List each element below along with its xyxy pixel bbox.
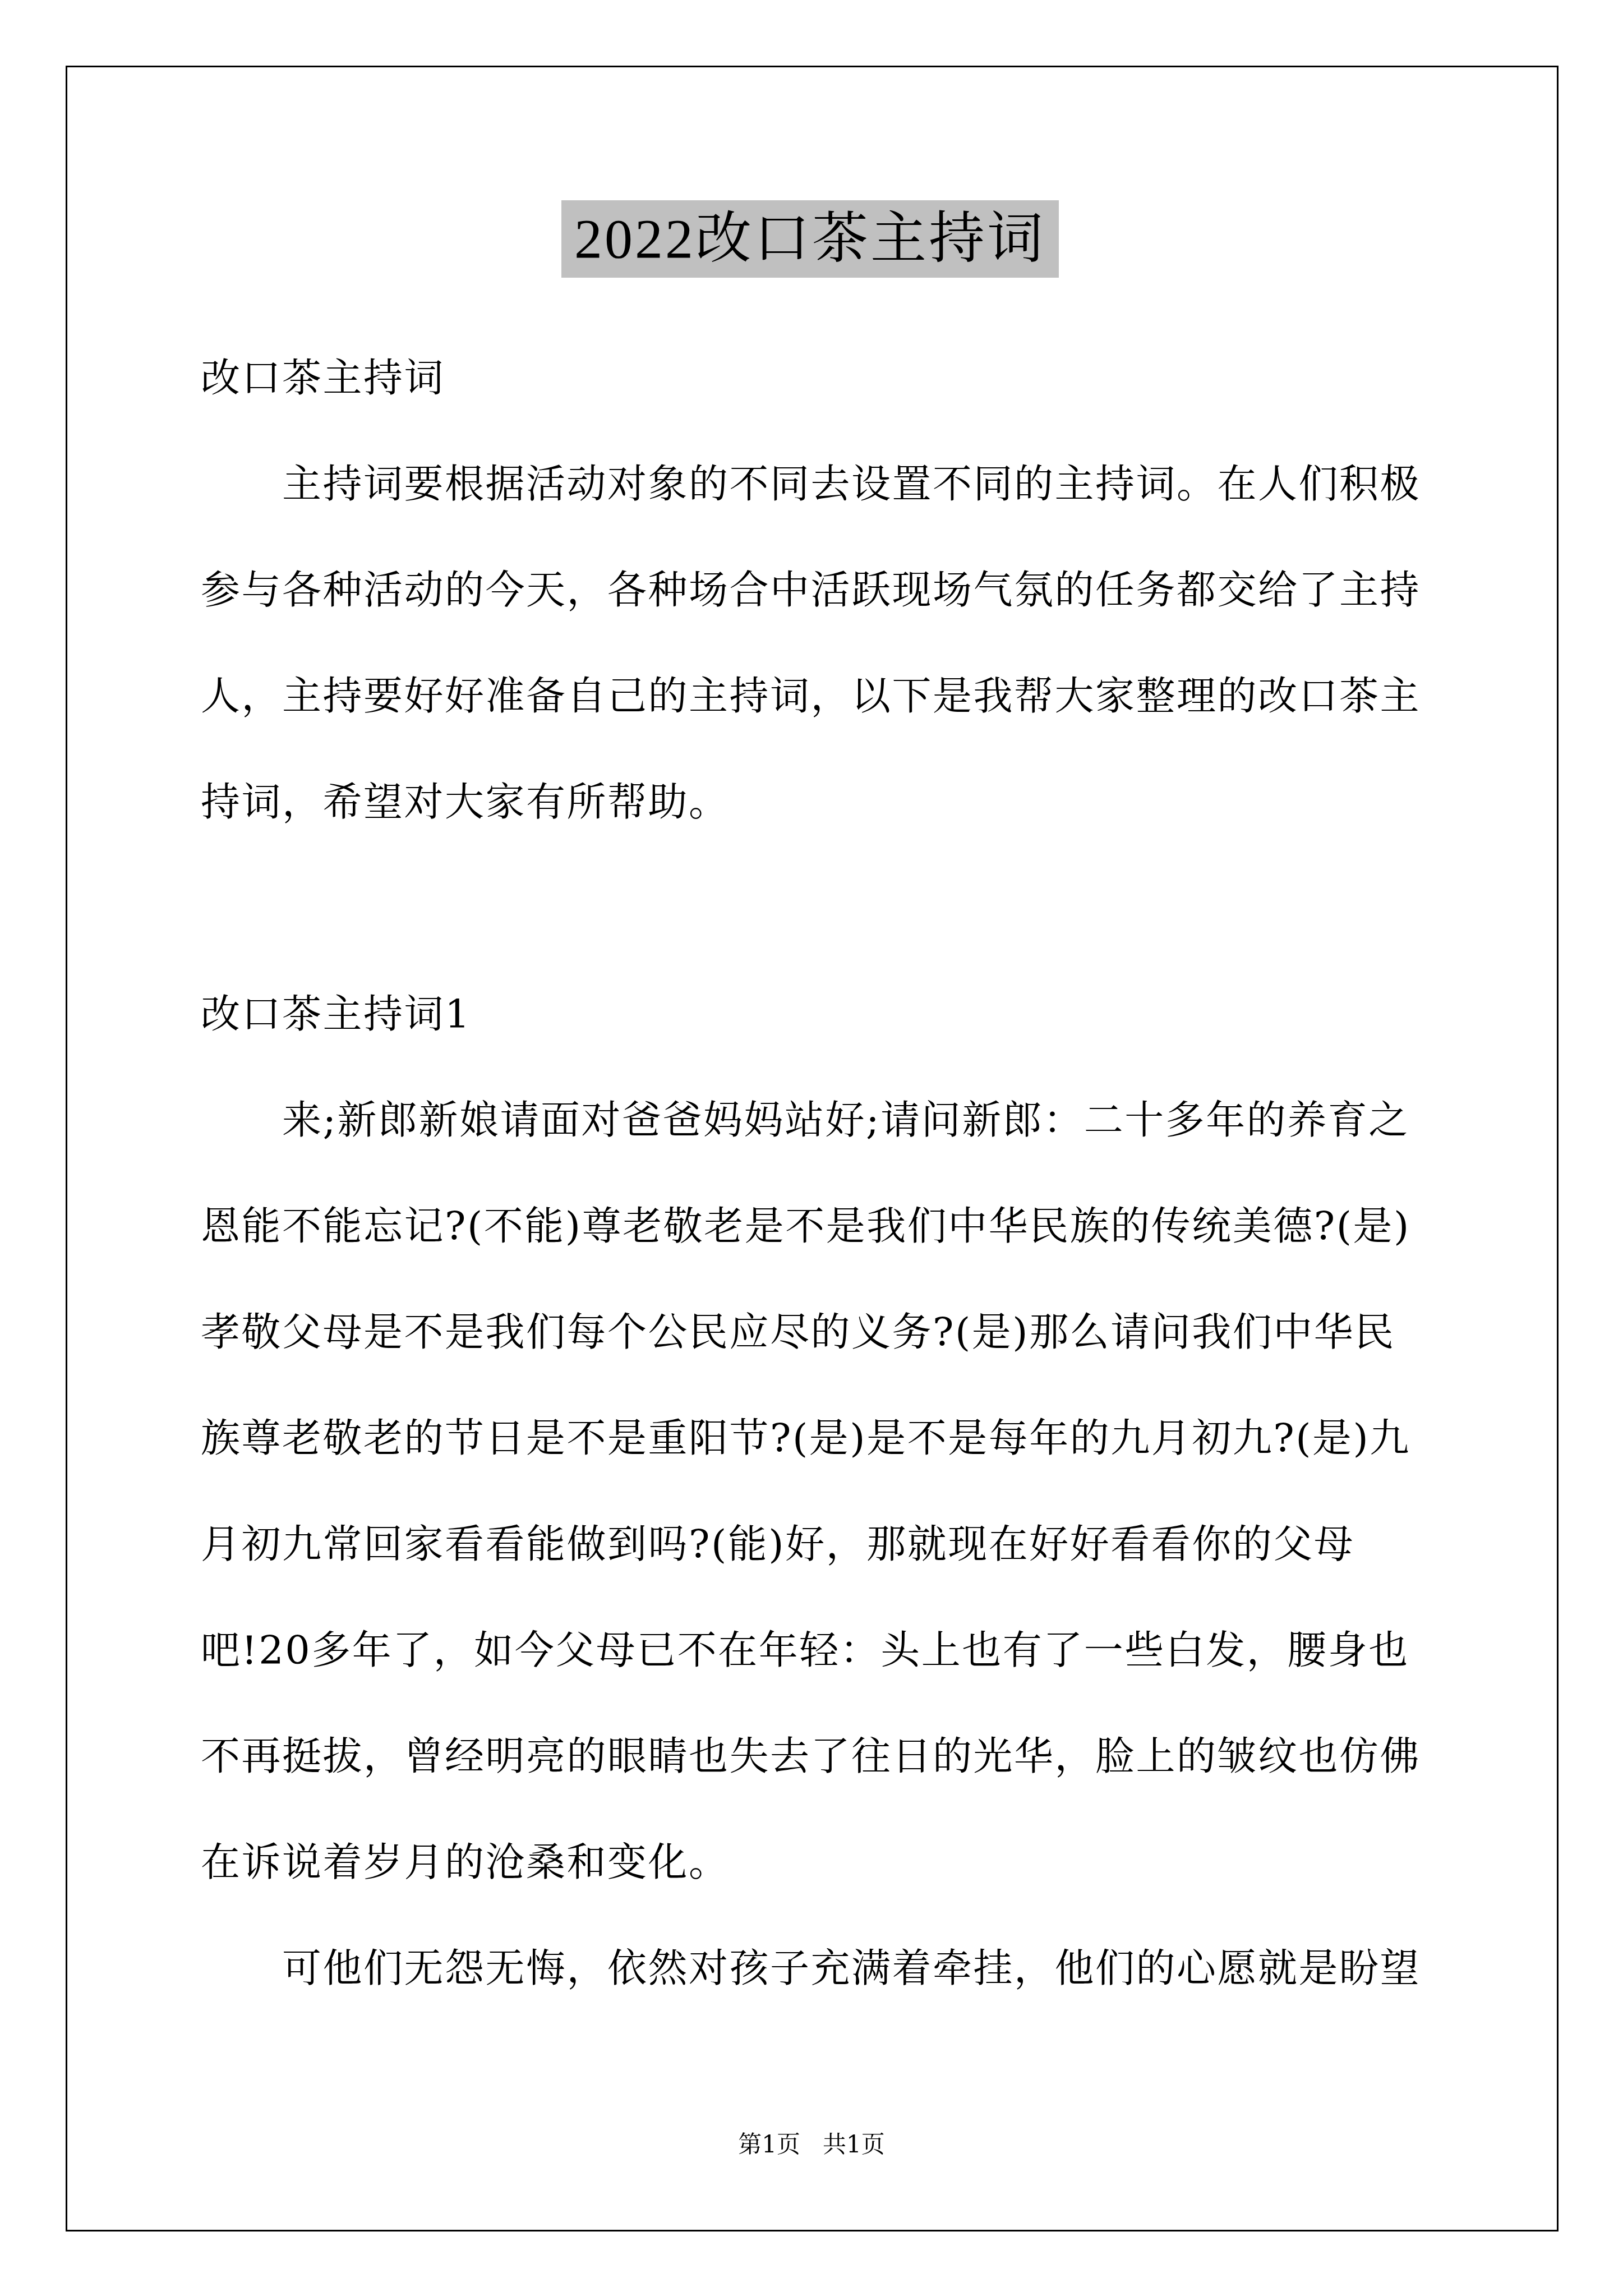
intro-line: 人，主持要好好准备自己的主持词，以下是我帮大家整理的改口茶主 [201,643,1429,749]
intro-line: 持词，希望对大家有所帮助。 [201,749,1429,855]
intro-line: 参与各种活动的今天，各种场合中活跃现场气氛的任务都交给了主持 [201,537,1429,643]
section-line: 在诉说着岁月的沧桑和变化。 [201,1810,1429,1916]
document-body: 改口茶主持词 主持词要根据活动对象的不同去设置不同的主持词。在人们积极 参与各种… [201,325,1429,2022]
section-line: 恩能不能忘记?(不能)尊老敬老是不是我们中华民族的传统美德?(是) [201,1174,1429,1280]
subtitle: 改口茶主持词 [201,325,1429,431]
section-line: 族尊老敬老的节日是不是重阳节?(是)是不是每年的九月初九?(是)九 [201,1386,1429,1492]
page-footer: 第1页 共1页 [0,2129,1623,2160]
section-line: 不再挺拔，曾经明亮的眼睛也失去了往日的光华，脸上的皱纹也仿佛 [201,1704,1429,1810]
section-line: 月初九常回家看看能做到吗?(能)好，那就现在好好看看你的父母 [201,1492,1429,1598]
paragraph-line: 可他们无怨无悔，依然对孩子充满着牵挂，他们的心愿就是盼望 [201,1916,1429,2022]
intro-line: 主持词要根据活动对象的不同去设置不同的主持词。在人们积极 [201,431,1429,537]
title-container: 2022改口茶主持词 [0,200,1623,278]
blank-line [201,855,1429,961]
section-heading: 改口茶主持词1 [201,961,1429,1068]
section-line: 吧!20多年了，如今父母已不在年轻：头上也有了一些白发，腰身也 [201,1598,1429,1704]
section-line: 孝敬父母是不是我们每个公民应尽的义务?(是)那么请问我们中华民 [201,1280,1429,1386]
document-title: 2022改口茶主持词 [561,200,1059,278]
section-line: 来;新郎新娘请面对爸爸妈妈站好;请问新郎：二十多年的养育之 [201,1068,1429,1174]
